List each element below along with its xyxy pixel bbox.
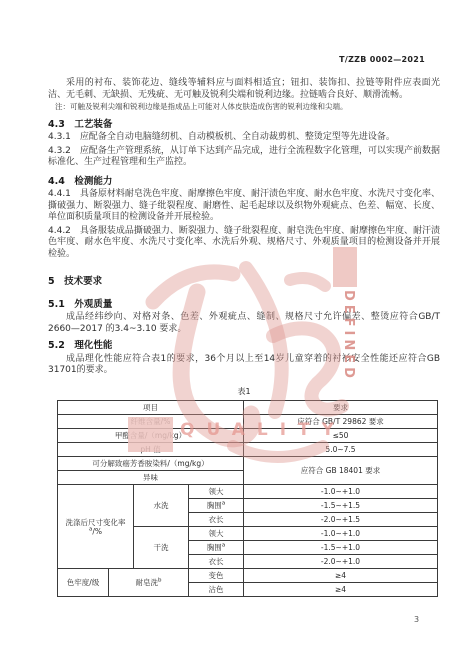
document-content: 采用的衬布、装饰花边、缝线等辅料应与面料相适宜；钮扣、装饰扣、拉链等附件应表面光… <box>48 76 440 597</box>
dry-chest-label-cell: 胸围a <box>189 541 244 555</box>
table-caption: 表1 <box>48 386 440 398</box>
heading-5-1: 5.1 外观质量 <box>48 299 440 311</box>
page-number: 3 <box>414 615 419 624</box>
table-row: 项目 要求 <box>58 401 438 415</box>
requirements-table: 项目 要求 纤维含量/% 应符合 GB/T 29862 要求 甲醛含量/（mg/… <box>57 400 438 597</box>
heading-4-4: 4.4 检测能力 <box>48 176 440 188</box>
footnote-b-marker: b <box>158 578 162 584</box>
fiber-req-cell: 应符合 GB/T 29862 要求 <box>244 415 438 429</box>
stain-label-cell: 沾色 <box>189 583 244 597</box>
footnote-a-marker: a <box>222 543 225 549</box>
clause-4-4-2: 4.4.2 具备服装成品撕破强力、断裂强力、缝子纰裂程度、耐皂洗色牢度、耐摩擦色… <box>48 226 440 261</box>
table-row: 色牢度/级 耐皂洗b 变色 ≥4 <box>58 569 438 583</box>
wash-collar-label-cell: 领大 <box>189 485 244 499</box>
table-row: pH 值 5.0~7.5 <box>58 443 438 457</box>
wash-chest-label-cell: 胸围a <box>189 499 244 513</box>
wash-length-label-cell: 衣长 <box>189 513 244 527</box>
dry-label-cell: 干洗 <box>134 527 189 569</box>
dry-collar-req-cell: -1.0~+1.0 <box>244 527 438 541</box>
table-row: 洗涤后尺寸变化率a/% 水洗 领大 -1.0~+1.0 <box>58 485 438 499</box>
table-row: 纤维含量/% 应符合 GB/T 29862 要求 <box>58 415 438 429</box>
clause-4-3-1: 4.3.1 应配备全自动电脑缝纫机、自动模板机、全自动裁剪机、整烫定型等先进设备… <box>48 132 440 144</box>
fastness-label-cell: 色牢度/级 <box>58 569 109 597</box>
odor-label-cell: 异味 <box>58 471 244 485</box>
table-row: 甲醛含量/（mg/kg） ≤50 <box>58 429 438 443</box>
wash-label-cell: 水洗 <box>134 485 189 527</box>
fiber-label-cell: 纤维含量/% <box>58 415 244 429</box>
dim-change-label-cell: 洗涤后尺寸变化率a/% <box>58 485 134 569</box>
header-requirement-cell: 要求 <box>244 401 438 415</box>
wash-length-req-cell: -2.0~+1.5 <box>244 513 438 527</box>
stain-req-cell: ≥4 <box>244 583 438 597</box>
dim-change-unit: /% <box>92 527 102 536</box>
table-row: 可分解致癌芳香胺染料/（mg/kg） 应符合 GB 18401 要求 <box>58 457 438 471</box>
heading-5-2: 5.2 理化性能 <box>48 340 440 352</box>
clause-5-2-text: 成品理化性能应符合表1的要求，36个月以上至14岁儿童穿着的衬衫安全性能还应符合… <box>48 354 440 377</box>
paragraph-accessories: 采用的衬布、装饰花边、缝线等辅料应与面料相适宜；钮扣、装饰扣、拉链等附件应表面光… <box>48 78 440 101</box>
clause-4-3-2: 4.3.2 应配备生产管理系统，从订单下达到产品完成，进行全流程数字化管理，可以… <box>48 146 440 169</box>
document-page: T/ZZB 0002—2021 采用的衬布、装饰花边、缝线等辅料应与面料相适宜；… <box>0 0 475 670</box>
heading-4-3: 4.3 工艺装备 <box>48 119 440 131</box>
ph-req-cell: 5.0~7.5 <box>244 443 438 457</box>
wash-collar-req-cell: -1.0~+1.0 <box>244 485 438 499</box>
chest-text: 胸围 <box>207 501 222 510</box>
soap-text: 耐皂洗 <box>136 578 159 587</box>
soap-label-cell: 耐皂洗b <box>109 569 189 597</box>
doc-number: T/ZZB 0002—2021 <box>339 55 425 64</box>
formaldehyde-req-cell: ≤50 <box>244 429 438 443</box>
dim-change-text: 洗涤后尺寸变化率 <box>66 518 126 527</box>
header-item-cell: 项目 <box>58 401 244 415</box>
dry-collar-label-cell: 领大 <box>189 527 244 541</box>
clause-5-1-text: 成品经纬纱向、对格对条、色差、外观疵点、缝制、规格尺寸允许偏差、整烫应符合GB/… <box>48 312 440 335</box>
footnote-a-marker: a <box>222 501 225 507</box>
dry-length-req-cell: -2.0~+1.0 <box>244 555 438 569</box>
dry-length-label-cell: 衣长 <box>189 555 244 569</box>
amines-odor-req-cell: 应符合 GB 18401 要求 <box>244 457 438 485</box>
note-text: 注：可触及锐利尖端和锐利边缘是指成品上可能对人体皮肤造成伤害的锐利边缘和尖端。 <box>48 102 440 112</box>
change-req-cell: ≥4 <box>244 569 438 583</box>
dry-chest-req-cell: -1.5~+1.0 <box>244 541 438 555</box>
wash-chest-req-cell: -1.5~+1.5 <box>244 499 438 513</box>
clause-4-4-1: 4.4.1 具备原材料耐皂洗色牢度、耐摩擦色牢度、耐汗渍色牢度、耐水色牢度、水洗… <box>48 189 440 224</box>
heading-5: 5 技术要求 <box>48 276 440 288</box>
chest-text: 胸围 <box>207 543 222 552</box>
ph-label-cell: pH 值 <box>58 443 244 457</box>
formaldehyde-label-cell: 甲醛含量/（mg/kg） <box>58 429 244 443</box>
amines-label-cell: 可分解致癌芳香胺染料/（mg/kg） <box>58 457 244 471</box>
change-label-cell: 变色 <box>189 569 244 583</box>
